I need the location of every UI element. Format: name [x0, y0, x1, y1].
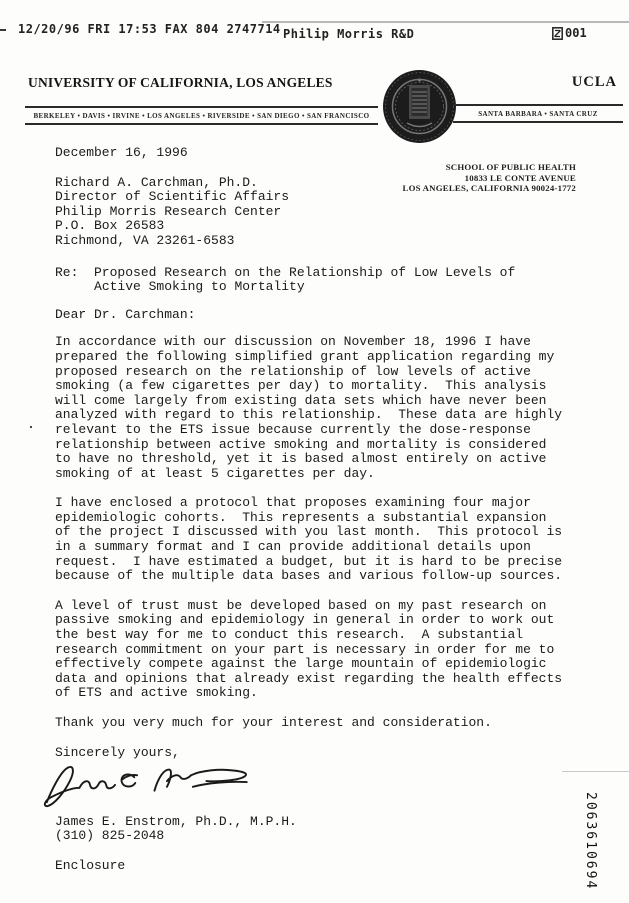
paragraph-2: I have enclosed a protocol that proposes…: [55, 496, 570, 584]
bates-number: 2063610694: [584, 792, 597, 890]
salutation: Dear Dr. Carchman:: [55, 308, 570, 323]
fax-datetime: 12/20/96 FRI 17:53 FAX 804 2747714: [18, 22, 281, 36]
scan-dot-artifact: [30, 426, 32, 428]
campus-band-right: SANTA BARBARA • SANTA CRUZ: [453, 104, 623, 123]
uc-seal-icon: [381, 68, 458, 145]
campus-list-left: BERKELEY • DAVIS • IRVINE • LOS ANGELES …: [25, 112, 378, 120]
paragraph-4: Thank you very much for your interest an…: [55, 716, 570, 731]
scanned-letter-page: 12/20/96 FRI 17:53 FAX 804 2747714 Phili…: [0, 0, 629, 903]
subject-line: Re: Proposed Research on the Relationshi…: [55, 266, 570, 295]
letterhead-university-title: UNIVERSITY OF CALIFORNIA, LOS ANGELES: [28, 75, 333, 91]
letter-body: December 16, 1996 Richard A. Carchman, P…: [55, 146, 570, 874]
letter-date: December 16, 1996: [55, 146, 570, 161]
campus-band-left: BERKELEY • DAVIS • IRVINE • LOS ANGELES …: [25, 106, 378, 125]
right-edge-rule: [562, 771, 629, 772]
handwritten-signature: [41, 758, 272, 808]
sender-name-phone: James E. Enstrom, Ph.D., M.P.H. (310) 82…: [55, 815, 570, 844]
paragraph-1: In accordance with our discussion on Nov…: [55, 335, 570, 481]
fax-header-rule: [262, 21, 629, 23]
recipient-address: Richard A. Carchman, Ph.D. Director of S…: [55, 176, 570, 249]
enclosure-note: Enclosure: [55, 859, 570, 874]
fax-page-indicator: 001: [552, 26, 587, 40]
letterhead-ucla-wordmark: UCLA: [572, 74, 617, 91]
fax-sender-name: Philip Morris R&D: [283, 27, 414, 41]
fax-page-number: 001: [565, 26, 587, 40]
scan-edge-artifact: [0, 29, 6, 31]
campus-list-right: SANTA BARBARA • SANTA CRUZ: [453, 110, 623, 118]
paragraph-3: A level of trust must be developed based…: [55, 599, 570, 701]
document-icon: [552, 27, 563, 40]
